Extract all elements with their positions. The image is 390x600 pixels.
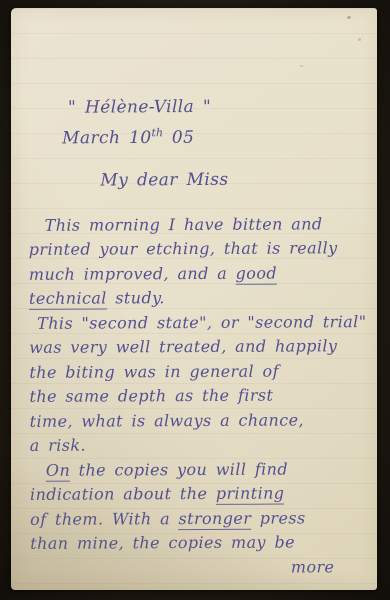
letter-text: than mine, the copies may be bbox=[30, 533, 295, 553]
letter-text: more bbox=[291, 557, 335, 576]
letter-line: the biting was in general of bbox=[29, 359, 363, 385]
letter-line: On the copies you will find bbox=[30, 457, 364, 483]
underlined-word: printing bbox=[216, 484, 285, 505]
letter-text: the biting was in general of bbox=[29, 361, 279, 381]
letter-line: indication about the printing bbox=[30, 481, 364, 507]
underlined-word: On bbox=[46, 460, 70, 481]
letter-text: 05 bbox=[163, 128, 194, 148]
letter-line: " Hélène-Villa " bbox=[68, 93, 362, 121]
letter-line: the same depth as the first bbox=[29, 383, 363, 409]
letter-line: This "second state", or "second trial" bbox=[29, 310, 363, 336]
letter-line: than mine, the copies may be bbox=[30, 530, 364, 556]
letter-text: much improved, and a bbox=[29, 263, 236, 283]
photo-background: " Hélène-Villa "March 10th 05My dear Mis… bbox=[0, 0, 390, 600]
letter-text: time, what is always a chance, bbox=[30, 410, 304, 430]
letter-text: of them. With a bbox=[30, 509, 178, 529]
letter-line: printed your etching, that is really bbox=[29, 236, 363, 262]
letter-content: " Hélène-Villa "March 10th 05My dear Mis… bbox=[27, 7, 364, 591]
letter-line: This morning I have bitten and bbox=[29, 212, 363, 238]
letter-text: a risk. bbox=[30, 436, 86, 455]
letter-line: was very well treated, and happily bbox=[29, 334, 363, 360]
underlined-word: good bbox=[236, 263, 277, 284]
letter-line: March 10th 05 bbox=[62, 119, 362, 151]
letter-text: This "second state", or "second trial" bbox=[37, 312, 366, 333]
letter-text: the copies you will find bbox=[70, 459, 288, 479]
letter-text: indication about the bbox=[30, 484, 216, 504]
underlined-word: technical bbox=[29, 289, 107, 310]
letter-line: My dear Miss bbox=[100, 166, 362, 193]
letter-text: th bbox=[151, 126, 163, 139]
letter-text: " Hélène-Villa " bbox=[68, 97, 211, 118]
letter-line: a risk. bbox=[30, 432, 364, 458]
letter-line: much improved, and a good bbox=[29, 261, 363, 287]
letter-text: study. bbox=[107, 288, 165, 307]
underlined-word: stronger bbox=[178, 508, 251, 529]
letter-line: of them. With a stronger press bbox=[30, 506, 364, 532]
letter-text: March 10 bbox=[62, 128, 151, 148]
letter-body: " Hélène-Villa "March 10th 05My dear Mis… bbox=[28, 93, 365, 581]
letter-text: This morning I have bitten and bbox=[45, 214, 323, 234]
letter-paper: " Hélène-Villa "March 10th 05My dear Mis… bbox=[11, 8, 377, 590]
letter-text: printed your etching, that is really bbox=[29, 238, 338, 259]
letter-line: time, what is always a chance, bbox=[30, 408, 364, 434]
letter-text: the same depth as the first bbox=[29, 386, 273, 406]
letter-text: My dear Miss bbox=[100, 169, 228, 190]
letter-text: press bbox=[251, 508, 305, 527]
letter-line: technical study. bbox=[29, 285, 363, 311]
letter-text: was very well treated, and happily bbox=[29, 336, 337, 357]
letter-line: more bbox=[30, 555, 364, 581]
